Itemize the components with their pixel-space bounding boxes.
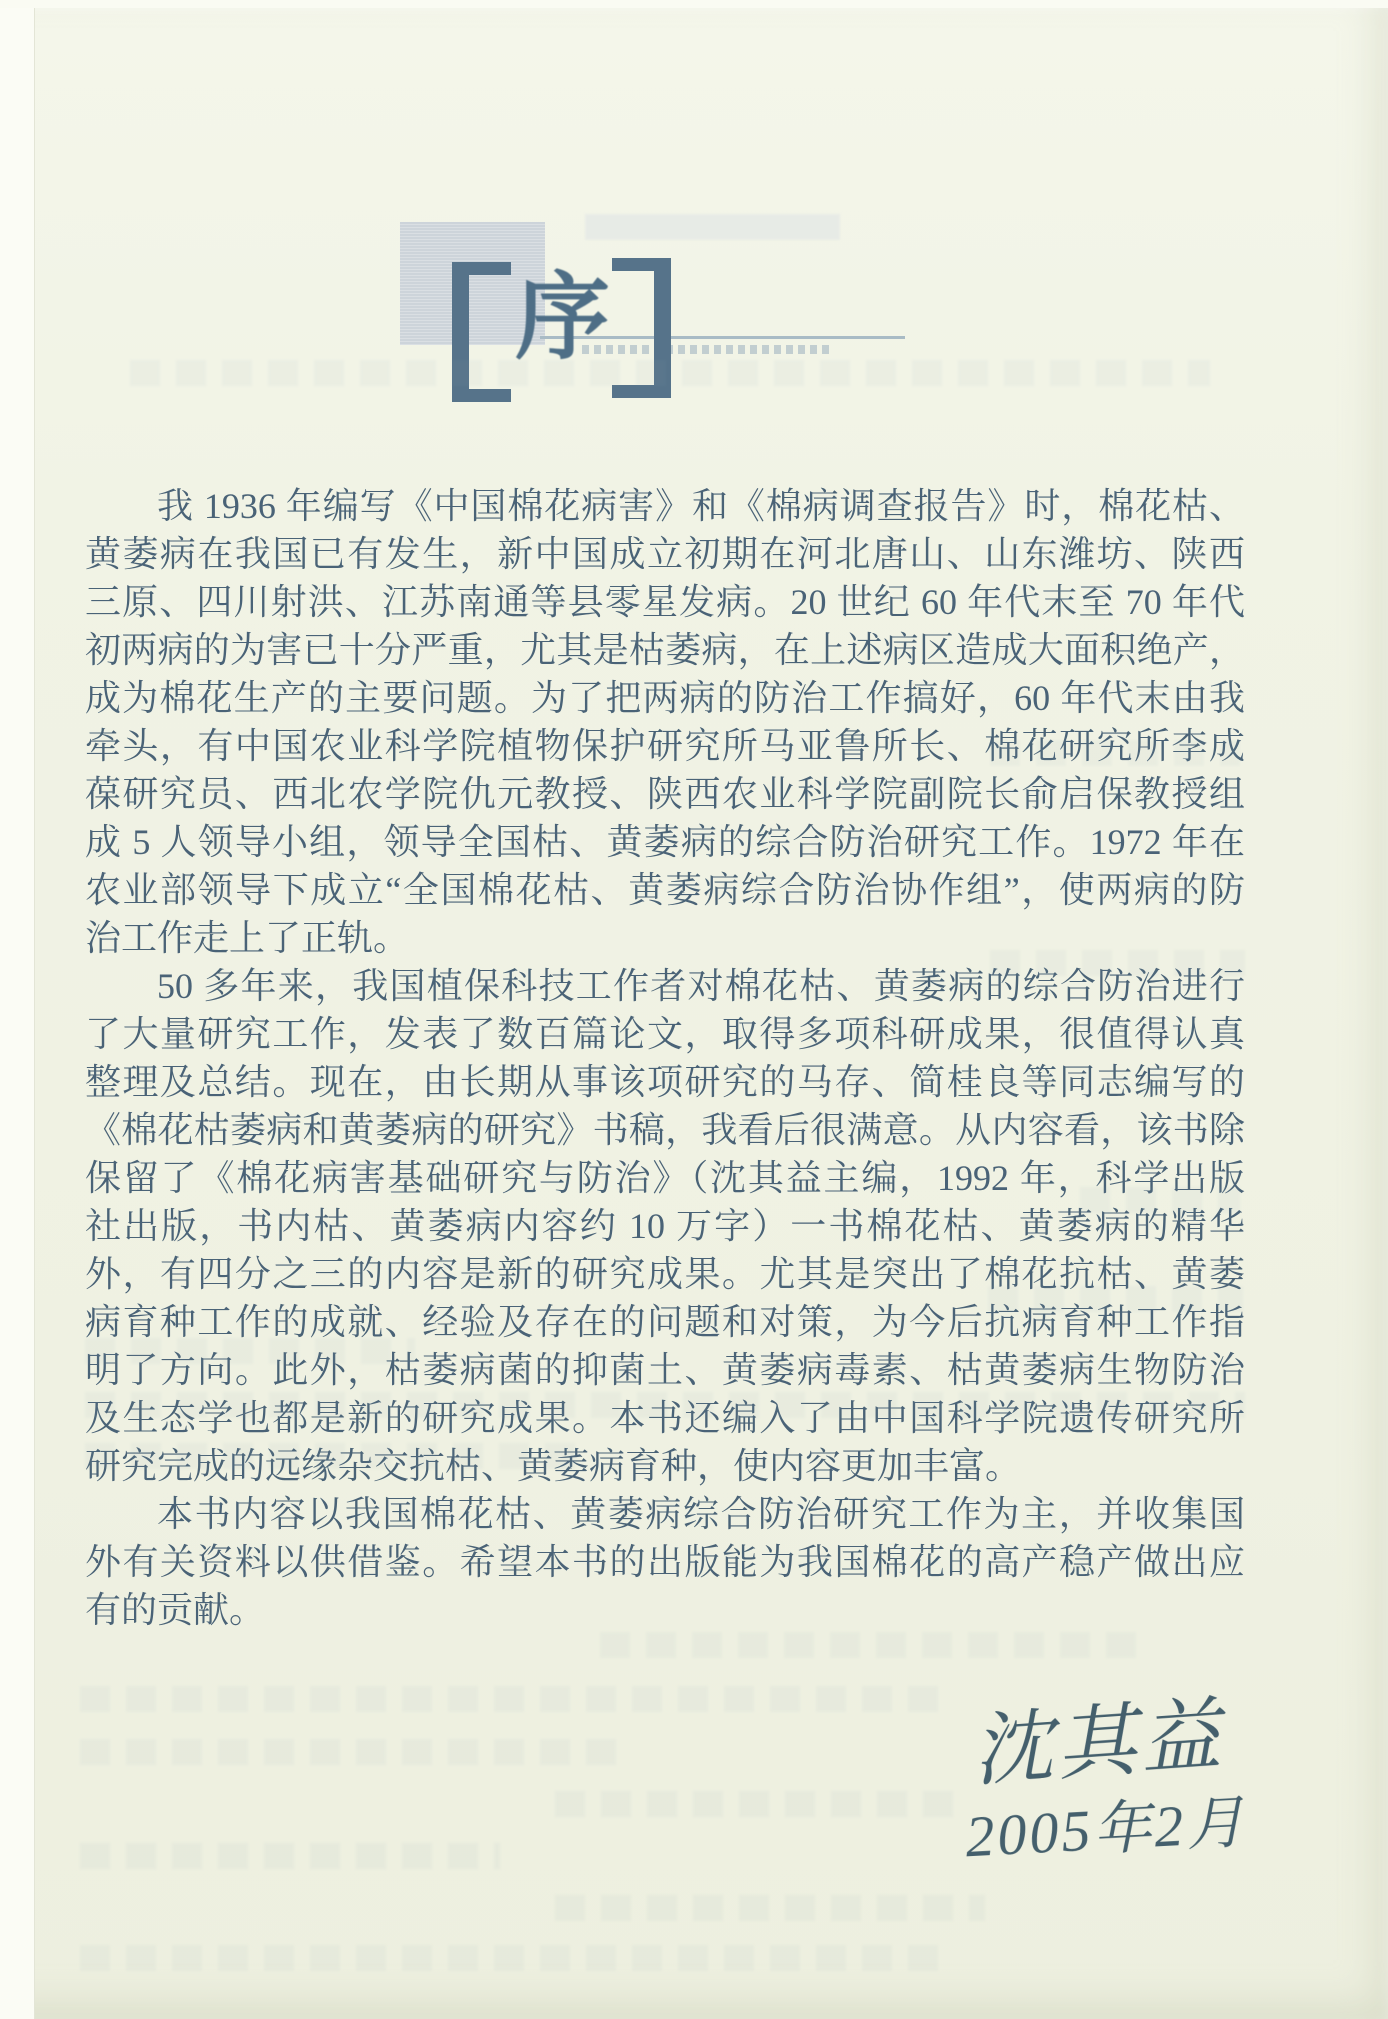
bleedthrough-artifact <box>85 1392 1245 1418</box>
preface-paragraph: 我 1936 年编写《中国棉花病害》和《棉病调查报告》时，棉花枯、黄萎病在我国已… <box>85 482 1245 962</box>
header-ghost-band <box>585 214 840 240</box>
preface-line: 外有关资料以供借鉴。希望本书的出版能为我国棉花的高产稳产做出应 <box>85 1538 1245 1586</box>
preface-line: 初两病的为害已十分严重，尤其是枯萎病，在上述病区造成大面积绝产， <box>85 626 1245 674</box>
preface-line: 《棉花枯萎病和黄萎病的研究》书稿，我看后很满意。从内容看，该书除 <box>85 1106 1245 1154</box>
preface-line: 有的贡献。 <box>85 1586 1245 1634</box>
bleedthrough-artifact <box>80 1843 500 1869</box>
preface-line: 我 1936 年编写《中国棉花病害》和《棉病调查报告》时，棉花枯、 <box>85 482 1245 530</box>
bleedthrough-artifact <box>988 1286 1243 1312</box>
bleedthrough-artifact <box>555 1791 965 1817</box>
bleedthrough-artifact <box>80 1686 940 1712</box>
scan-edge-left <box>0 0 35 2019</box>
bleedthrough-artifact <box>600 1632 1140 1658</box>
preface-line: 成 5 人领导小组，领导全国枯、黄萎病的综合防治研究工作。1972 年在 <box>85 818 1245 866</box>
bleedthrough-artifact <box>85 1338 415 1364</box>
preface-line: 社出版，书内枯、黄萎病内容约 10 万字）一书棉花枯、黄萎病的精华 <box>85 1202 1245 1250</box>
preface-line: 整理及总结。现在，由长期从事该项研究的马存、简桂良等同志编写的 <box>85 1058 1245 1106</box>
bleedthrough-artifact <box>80 1739 620 1765</box>
bleedthrough-artifact <box>990 950 1245 976</box>
scanned-preface-page: 序 我 1936 年编写《中国棉花病害》和《棉病调查报告》时，棉花枯、黄萎病在我… <box>0 0 1388 2019</box>
preface-line: 葆研究员、西北农学院仇元教授、陕西农业科学院副院长俞启保教授组 <box>85 770 1245 818</box>
scan-edge-top <box>0 0 1388 8</box>
bleedthrough-artifact <box>1080 1187 1240 1213</box>
signature-date: 2005年2月 <box>963 1775 1249 1874</box>
preface-line: 成为棉花生产的主要问题。为了把两病的防治工作搞好，60 年代末由我 <box>85 674 1245 722</box>
preface-line: 保留了《棉花病害基础研究与防治》（沈其益主编，1992 年，科学出版 <box>85 1154 1245 1202</box>
preface-line: 黄萎病在我国已有发生，新中国成立初期在河北唐山、山东潍坊、陕西 <box>85 530 1245 578</box>
bleedthrough-artifact <box>85 1443 585 1469</box>
bleedthrough-artifact <box>80 1945 950 1971</box>
preface-line: 本书内容以我国棉花枯、黄萎病综合防治研究工作为主，并收集国 <box>85 1490 1245 1538</box>
bleedthrough-artifact <box>555 1895 985 1921</box>
bleedthrough-artifact <box>130 360 1210 386</box>
preface-line: 三原、四川射洪、江苏南通等县零星发病。20 世纪 60 年代末至 70 年代 <box>85 578 1245 626</box>
preface-line: 农业部领导下成立“全国棉花枯、黄萎病综合防治协作组”，使两病的防 <box>85 866 1245 914</box>
preface-paragraph: 本书内容以我国棉花枯、黄萎病综合防治研究工作为主，并收集国外有关资料以供借鉴。希… <box>85 1490 1245 1634</box>
preface-line: 了大量研究工作，发表了数百篇论文，取得多项科研成果，很值得认真 <box>85 1010 1245 1058</box>
bleedthrough-artifact <box>990 740 1240 766</box>
